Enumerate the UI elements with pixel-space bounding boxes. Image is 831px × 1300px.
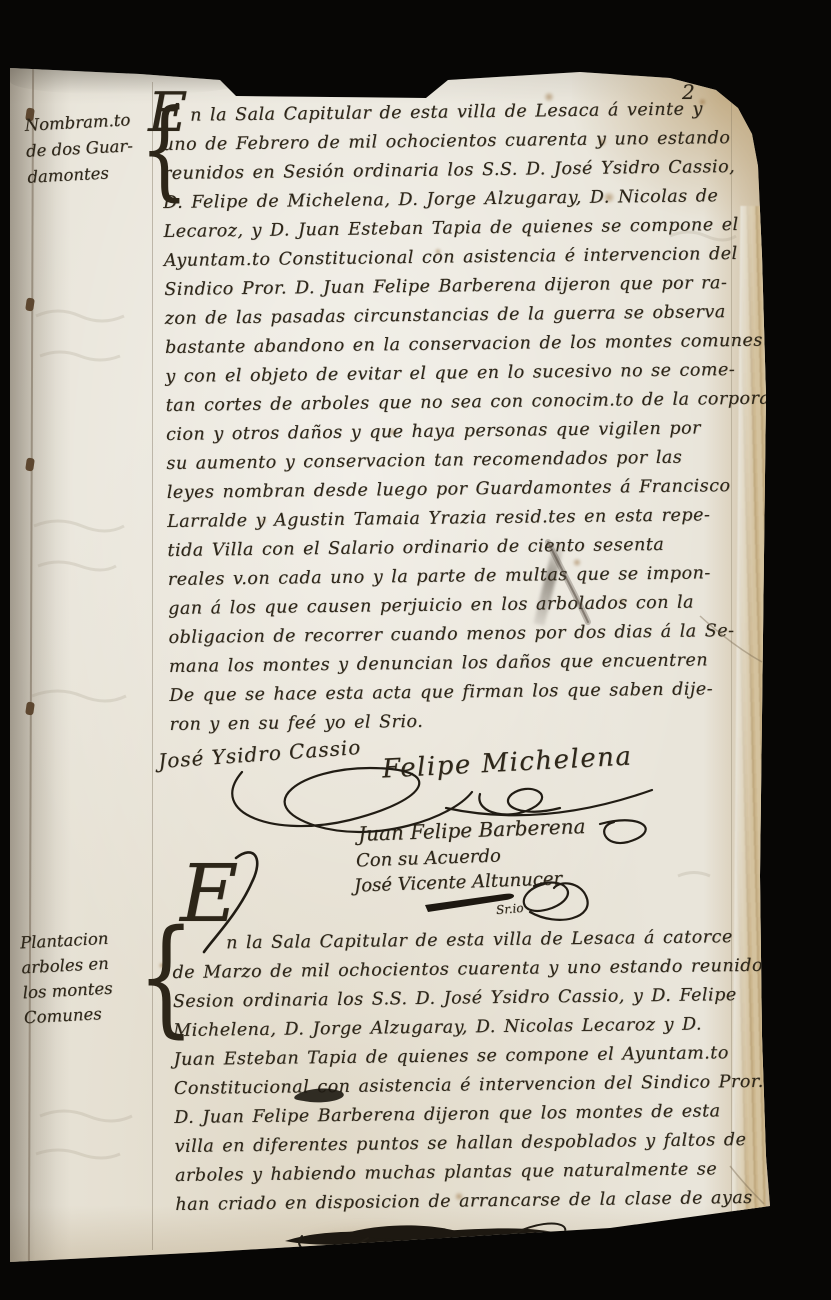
margin-note-plantacion: Plantacion arboles en los montes Comunes bbox=[19, 926, 114, 1031]
margin-note-guardamontes: Nombram.to de dos Guar- damontes bbox=[24, 107, 135, 190]
page-top-shadow bbox=[10, 62, 245, 94]
margin-note-line: Comunes bbox=[23, 1001, 114, 1031]
foxing-spot bbox=[524, 1228, 538, 1239]
approval-note: Con su Acuerdo bbox=[356, 845, 501, 871]
secretary-abbreviation: Sr.io bbox=[495, 901, 524, 917]
paper-stain bbox=[290, 1222, 450, 1266]
act-line: ron y en su feé yo el Srio. bbox=[169, 704, 769, 740]
margin-note-line: de dos Guar- bbox=[25, 133, 133, 165]
signature-felipe-michelena: Felipe Michelena bbox=[381, 741, 633, 784]
book-page: 2 Nombram.to de dos Guar- damontes { E n… bbox=[10, 56, 772, 1266]
signature-juan-felipe-barberena: Juan Felipe Barberena bbox=[358, 814, 586, 846]
signature-jose-ysidro-cassio: José Ysidro Cassio bbox=[157, 735, 362, 773]
act-entry-2-text: n la Sala Capitular de esta villa de Les… bbox=[172, 923, 775, 1220]
act-entry-1-text: n la Sala Capitular de esta villa de Les… bbox=[162, 95, 770, 740]
scan-background: 2 Nombram.to de dos Guar- damontes { E n… bbox=[0, 0, 831, 1300]
signature-jose-vicente-altunucer: José Vicente Altunucer bbox=[354, 868, 563, 896]
act-line: han criado en disposicion de arrancarse … bbox=[175, 1184, 775, 1220]
margin-note-line: damontes bbox=[27, 159, 135, 191]
drop-cap-initial: E bbox=[180, 854, 238, 934]
foxing-spot bbox=[328, 1232, 340, 1242]
margin-rule-left bbox=[152, 82, 153, 1250]
